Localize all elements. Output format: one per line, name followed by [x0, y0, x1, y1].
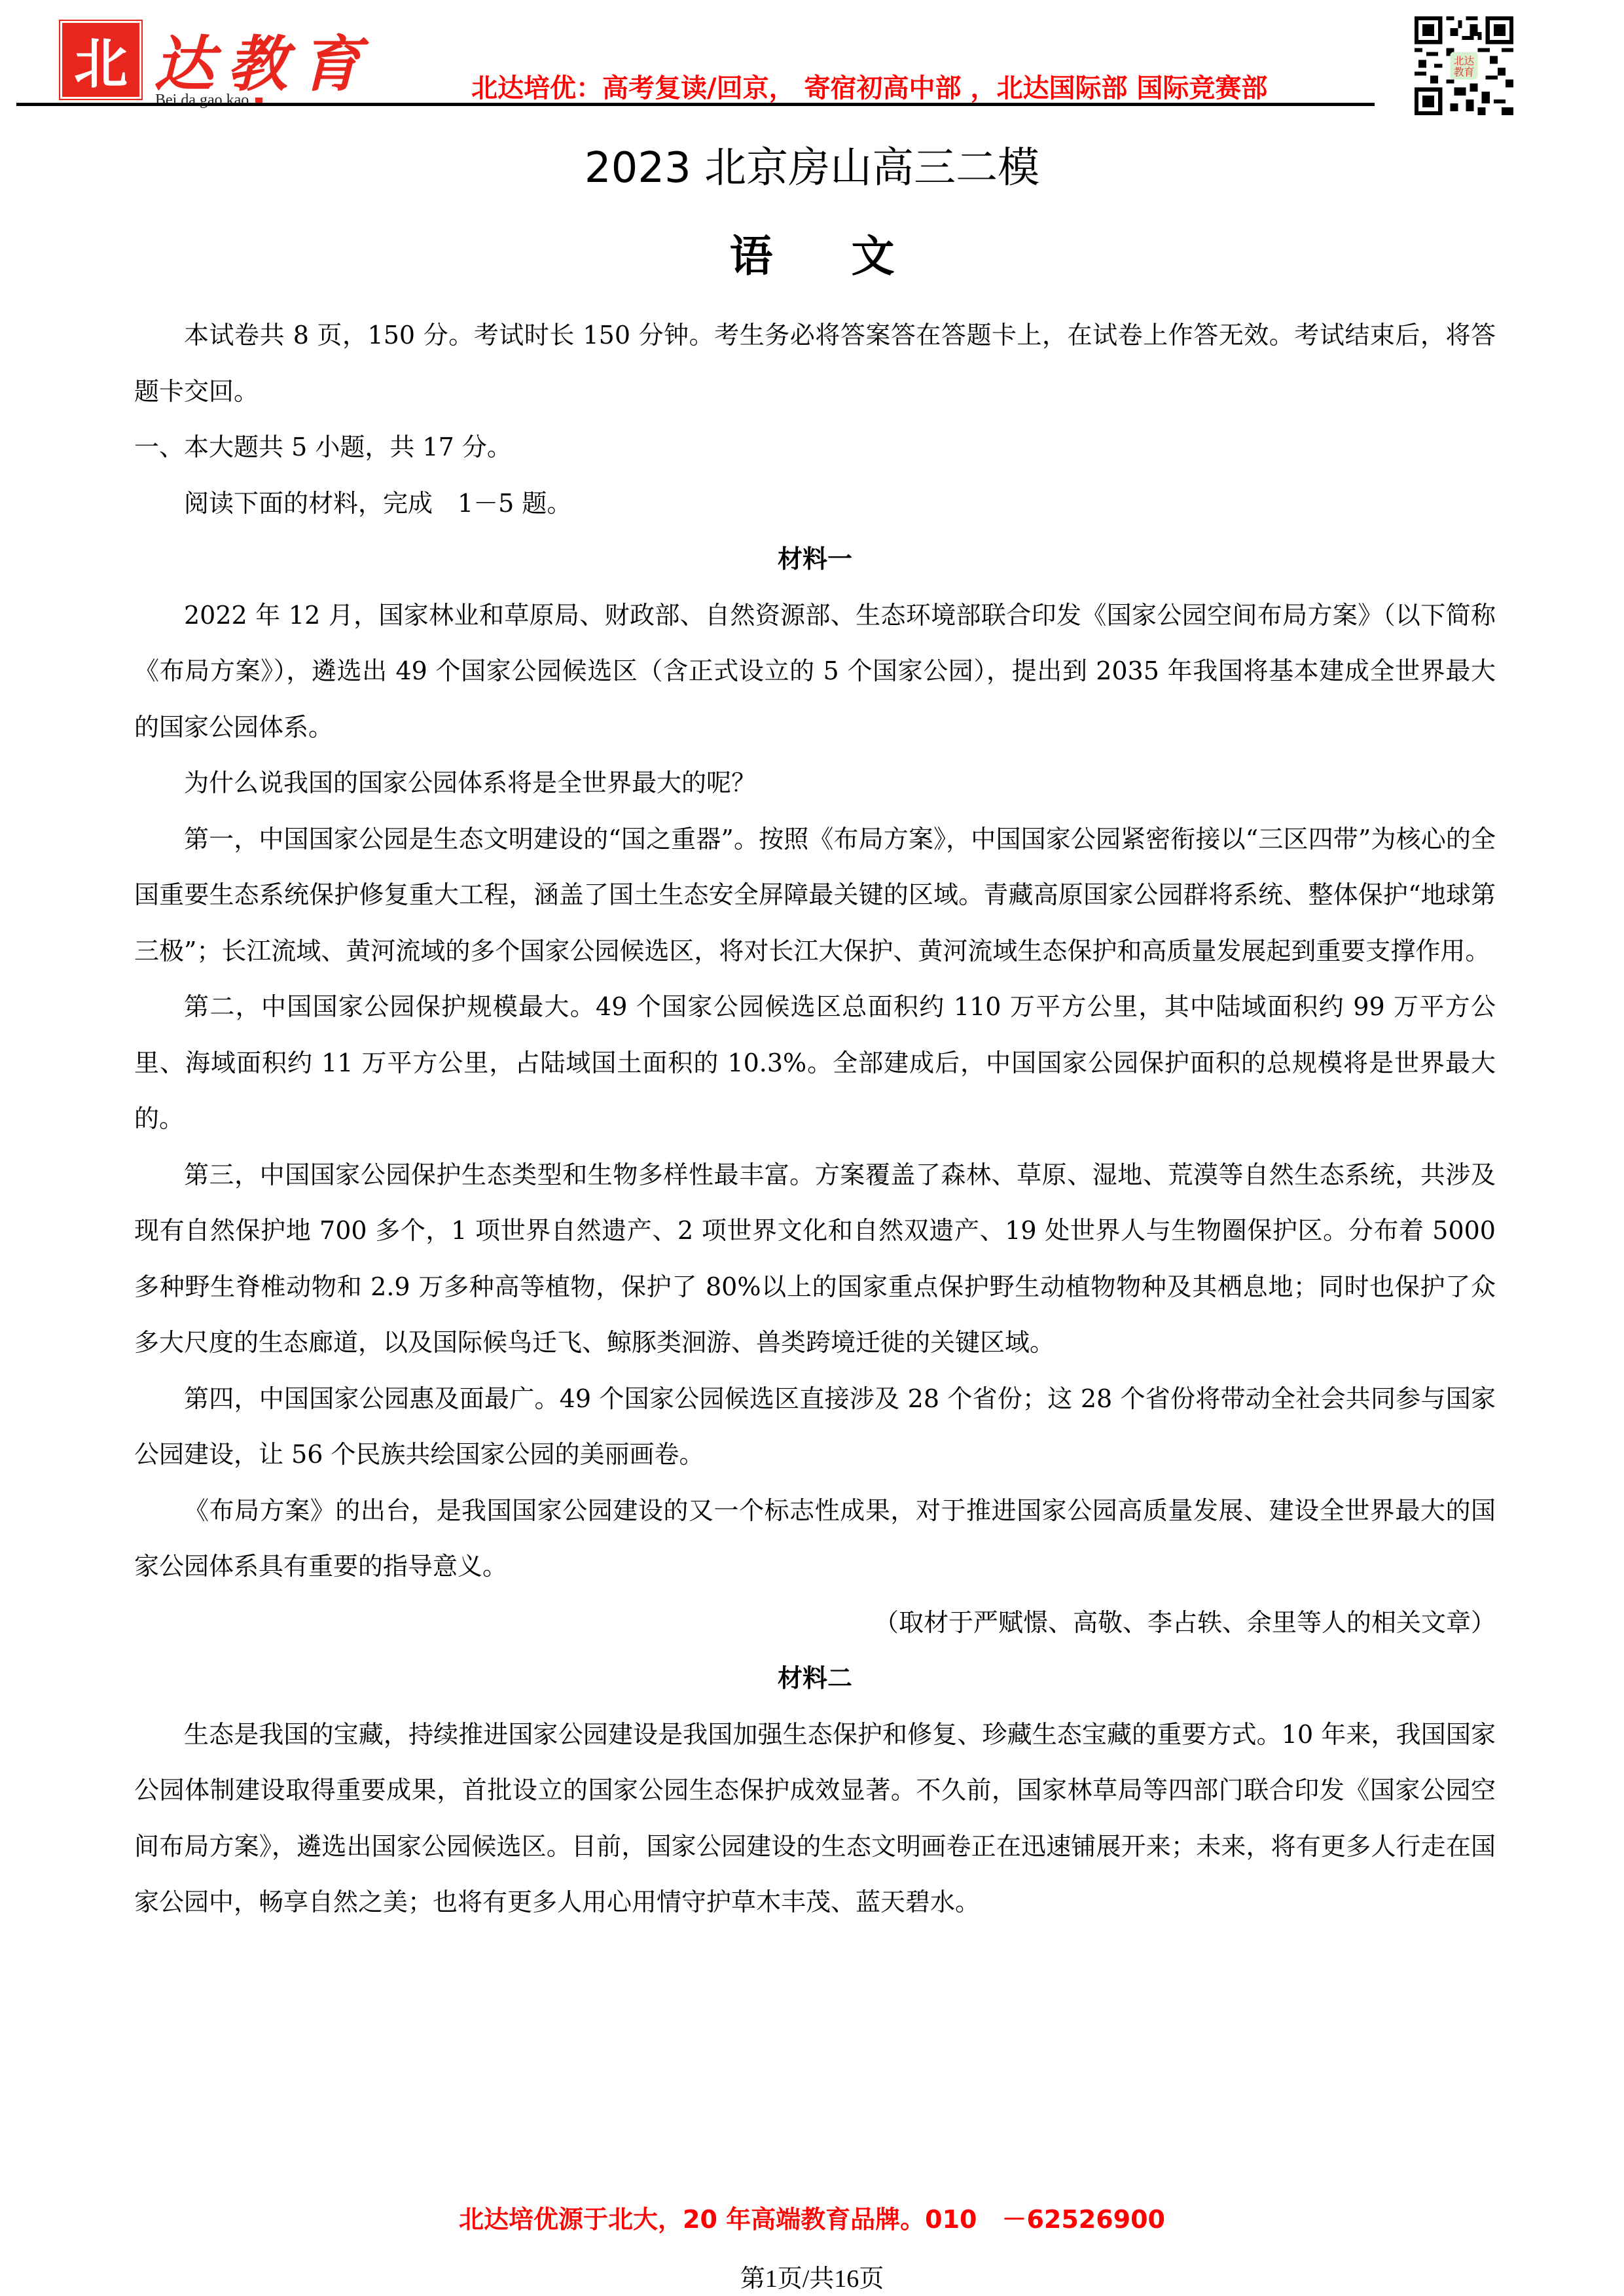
header-slogan: 北达培优：高考复读/回京， 寄宿初高中部 ，北达国际部 国际竞赛部: [471, 67, 1267, 105]
exam-content: 本试卷共 8 页，150 分。考试时长 150 分钟。考生务必将答案答在答题卡上…: [134, 308, 1496, 1931]
material-1-heading: 材料一: [134, 531, 1496, 588]
material-2-paragraph: 生态是我国的宝藏，持续推进国家公园建设是我国加强生态保护和修复、珍藏生态宝藏的重…: [134, 1707, 1496, 1931]
exam-subject: 语文: [0, 221, 1624, 283]
qr-code-icon: 北达 教育: [1411, 16, 1517, 115]
exam-instructions: 本试卷共 8 页，150 分。考试时长 150 分钟。考生务必将答案答在答题卡上…: [134, 308, 1496, 420]
subject-char-2: 文: [852, 221, 895, 283]
exam-title: 2023 北京房山高三二模: [0, 134, 1624, 194]
page-header: 北 达教育 Bei da gao kao 北达培优：高考复读/回京， 寄宿初高中…: [0, 0, 1624, 124]
logo-subtitle-text: Bei da gao kao: [155, 92, 249, 109]
svg-text:教育: 教育: [1454, 66, 1474, 79]
logo-subtitle: Bei da gao kao: [155, 92, 262, 109]
subject-char-1: 语: [730, 221, 773, 283]
material-1-paragraph: 第三，中国国家公园保护生态类型和生物多样性最丰富。方案覆盖了森林、草原、湿地、荒…: [134, 1147, 1496, 1371]
material-1-paragraph: 《布局方案》的出台，是我国国家公园建设的又一个标志性成果，对于推进国家公园高质量…: [134, 1483, 1496, 1595]
material-1-paragraph: 第二，中国国家公园保护规模最大。49 个国家公园候选区总面积约 110 万平方公…: [134, 979, 1496, 1147]
material-1-paragraph: 第一，中国国家公园是生态文明建设的“国之重器”。按照《布局方案》，中国国家公园紧…: [134, 812, 1496, 980]
logo-name: 达教育: [154, 16, 374, 103]
material-2-heading: 材料二: [134, 1651, 1496, 1707]
header-divider: [16, 103, 1375, 106]
reading-prompt: 阅读下面的材料，完成 1－5 题。: [134, 476, 1496, 532]
material-1-paragraph: 为什么说我国的国家公园体系将是全世界最大的呢？: [134, 755, 1496, 812]
logo-seal: 北: [62, 23, 139, 97]
brand-logo: 北 达教育 Bei da gao kao: [62, 23, 403, 95]
section-heading: 一、本大题共 5 小题，共 17 分。: [134, 420, 1496, 476]
material-1-paragraph: 第四，中国国家公园惠及面最广。49 个国家公园候选区直接涉及 28 个省份；这 …: [134, 1371, 1496, 1483]
material-1-paragraph: 2022 年 12 月，国家林业和草原局、财政部、自然资源部、生态环境部联合印发…: [134, 588, 1496, 756]
material-1-source: （取材于严赋憬、高敬、李占轶、余里等人的相关文章）: [134, 1595, 1496, 1651]
page-number: 第1页/共16页: [0, 2258, 1624, 2294]
footer-advertisement: 北达培优源于北大，20 年高端教育品牌。010 －62526900: [0, 2199, 1624, 2235]
